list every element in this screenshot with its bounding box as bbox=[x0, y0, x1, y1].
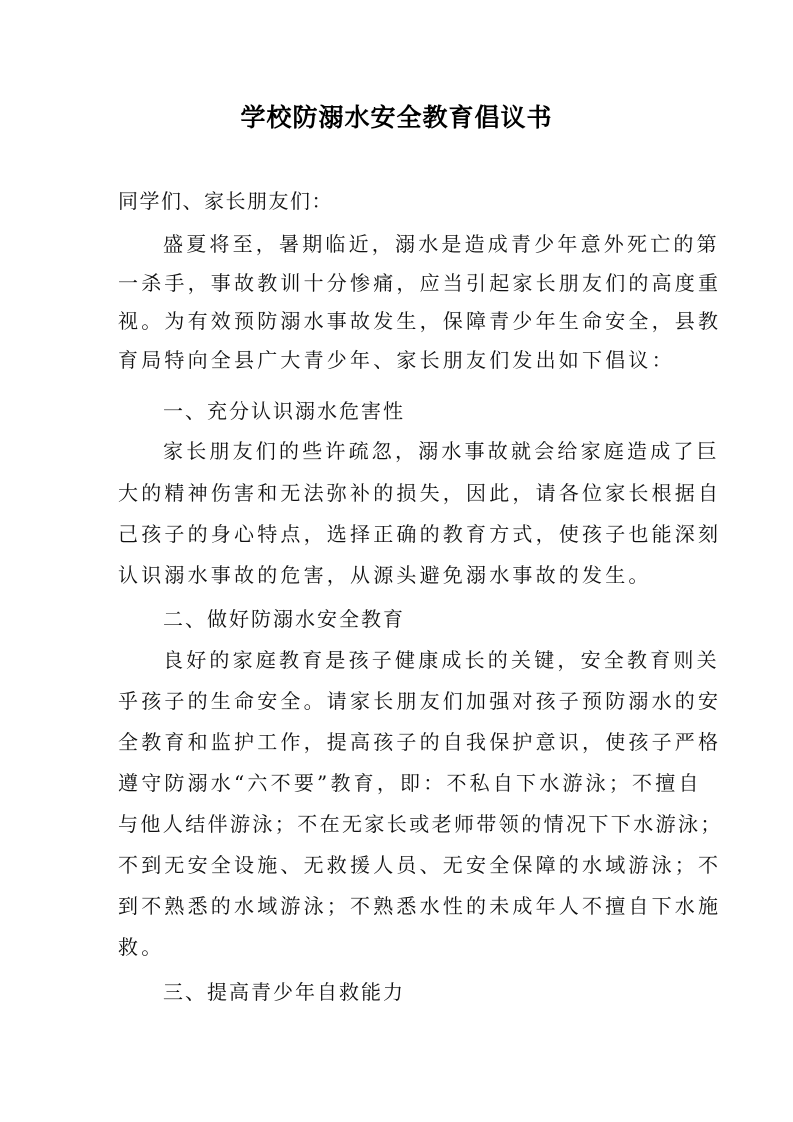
body-line: 良好的家庭教育是孩子健康成长的关键，安全教育则关 bbox=[163, 645, 733, 675]
body-line: 己孩子的身心特点，选择正确的教育方式，使孩子也能深刻 bbox=[118, 519, 688, 549]
body-line: 育局特向全县广大青少年、家长朋友们发出如下倡议： bbox=[118, 345, 688, 375]
salutation: 同学们、家长朋友们： bbox=[118, 186, 688, 216]
body-line: 与他人结伴游泳；不在无家长或老师带领的情况下下水游泳； bbox=[118, 809, 688, 839]
body-line: 大的精神伤害和无法弥补的损失，因此，请各位家长根据自 bbox=[118, 478, 688, 508]
body-line: 不到无安全设施、无救援人员、无安全保障的水域游泳；不 bbox=[118, 850, 688, 880]
body-line: 视。为有效预防溺水事故发生，保障青少年生命安全，县教 bbox=[118, 306, 688, 336]
body-line: 全教育和监护工作，提高孩子的自我保护意识，使孩子严格 bbox=[118, 727, 688, 757]
document-title: 学校防溺水安全教育倡议书 bbox=[0, 98, 793, 134]
body-line: 救。 bbox=[118, 932, 688, 962]
body-line: 到不熟悉的水域游泳；不熟悉水性的未成年人不擅自下水施 bbox=[118, 891, 688, 921]
body-line: 家长朋友们的些许疏忽，溺水事故就会给家庭造成了巨 bbox=[163, 436, 733, 466]
body-line: 认识溺水事故的危害，从源头避免溺水事故的发生。 bbox=[118, 560, 688, 590]
section-heading-2: 二、做好防溺水安全教育 bbox=[163, 604, 733, 634]
body-line: 盛夏将至，暑期临近，溺水是造成青少年意外死亡的第 bbox=[163, 229, 733, 259]
body-line: 遵守防溺水“六不要”教育，即：不私自下水游泳；不擅自 bbox=[118, 768, 688, 798]
section-heading-3: 三、提高青少年自救能力 bbox=[163, 977, 733, 1007]
body-line: 一杀手，事故教训十分惨痛，应当引起家长朋友们的高度重 bbox=[118, 268, 688, 298]
section-heading-1: 一、充分认识溺水危害性 bbox=[163, 396, 733, 426]
body-line: 乎孩子的生命安全。请家长朋友们加强对孩子预防溺水的安 bbox=[118, 686, 688, 716]
